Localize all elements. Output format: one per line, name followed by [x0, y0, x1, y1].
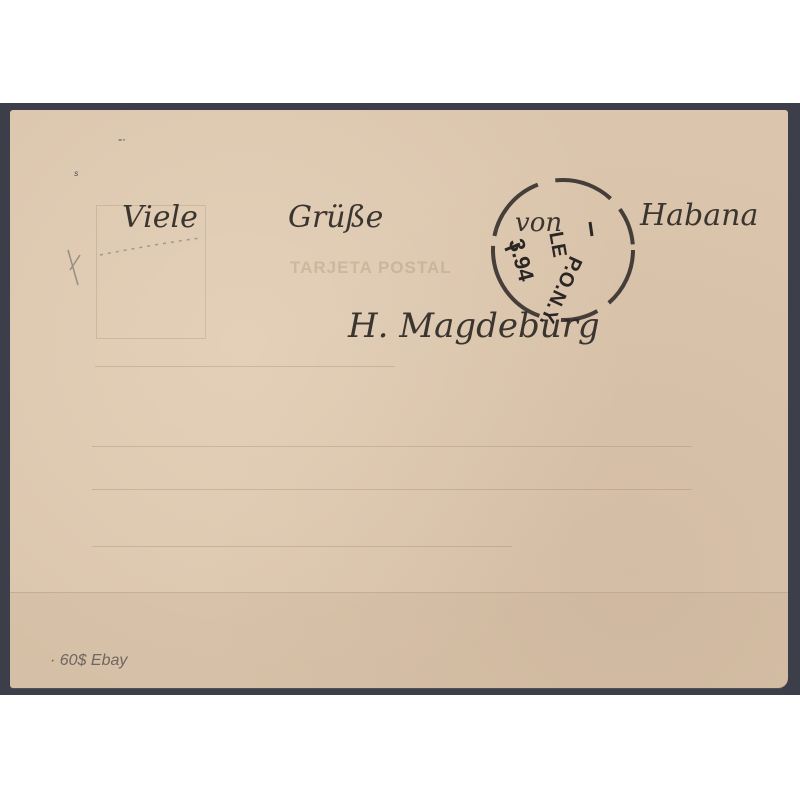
pencil-note-text: 60$ Ebay — [60, 652, 128, 669]
pencil-price-note: · 60$ Ebay — [50, 652, 127, 670]
postmark-month: LE — [543, 230, 570, 259]
postmark-circle — [0, 0, 800, 800]
